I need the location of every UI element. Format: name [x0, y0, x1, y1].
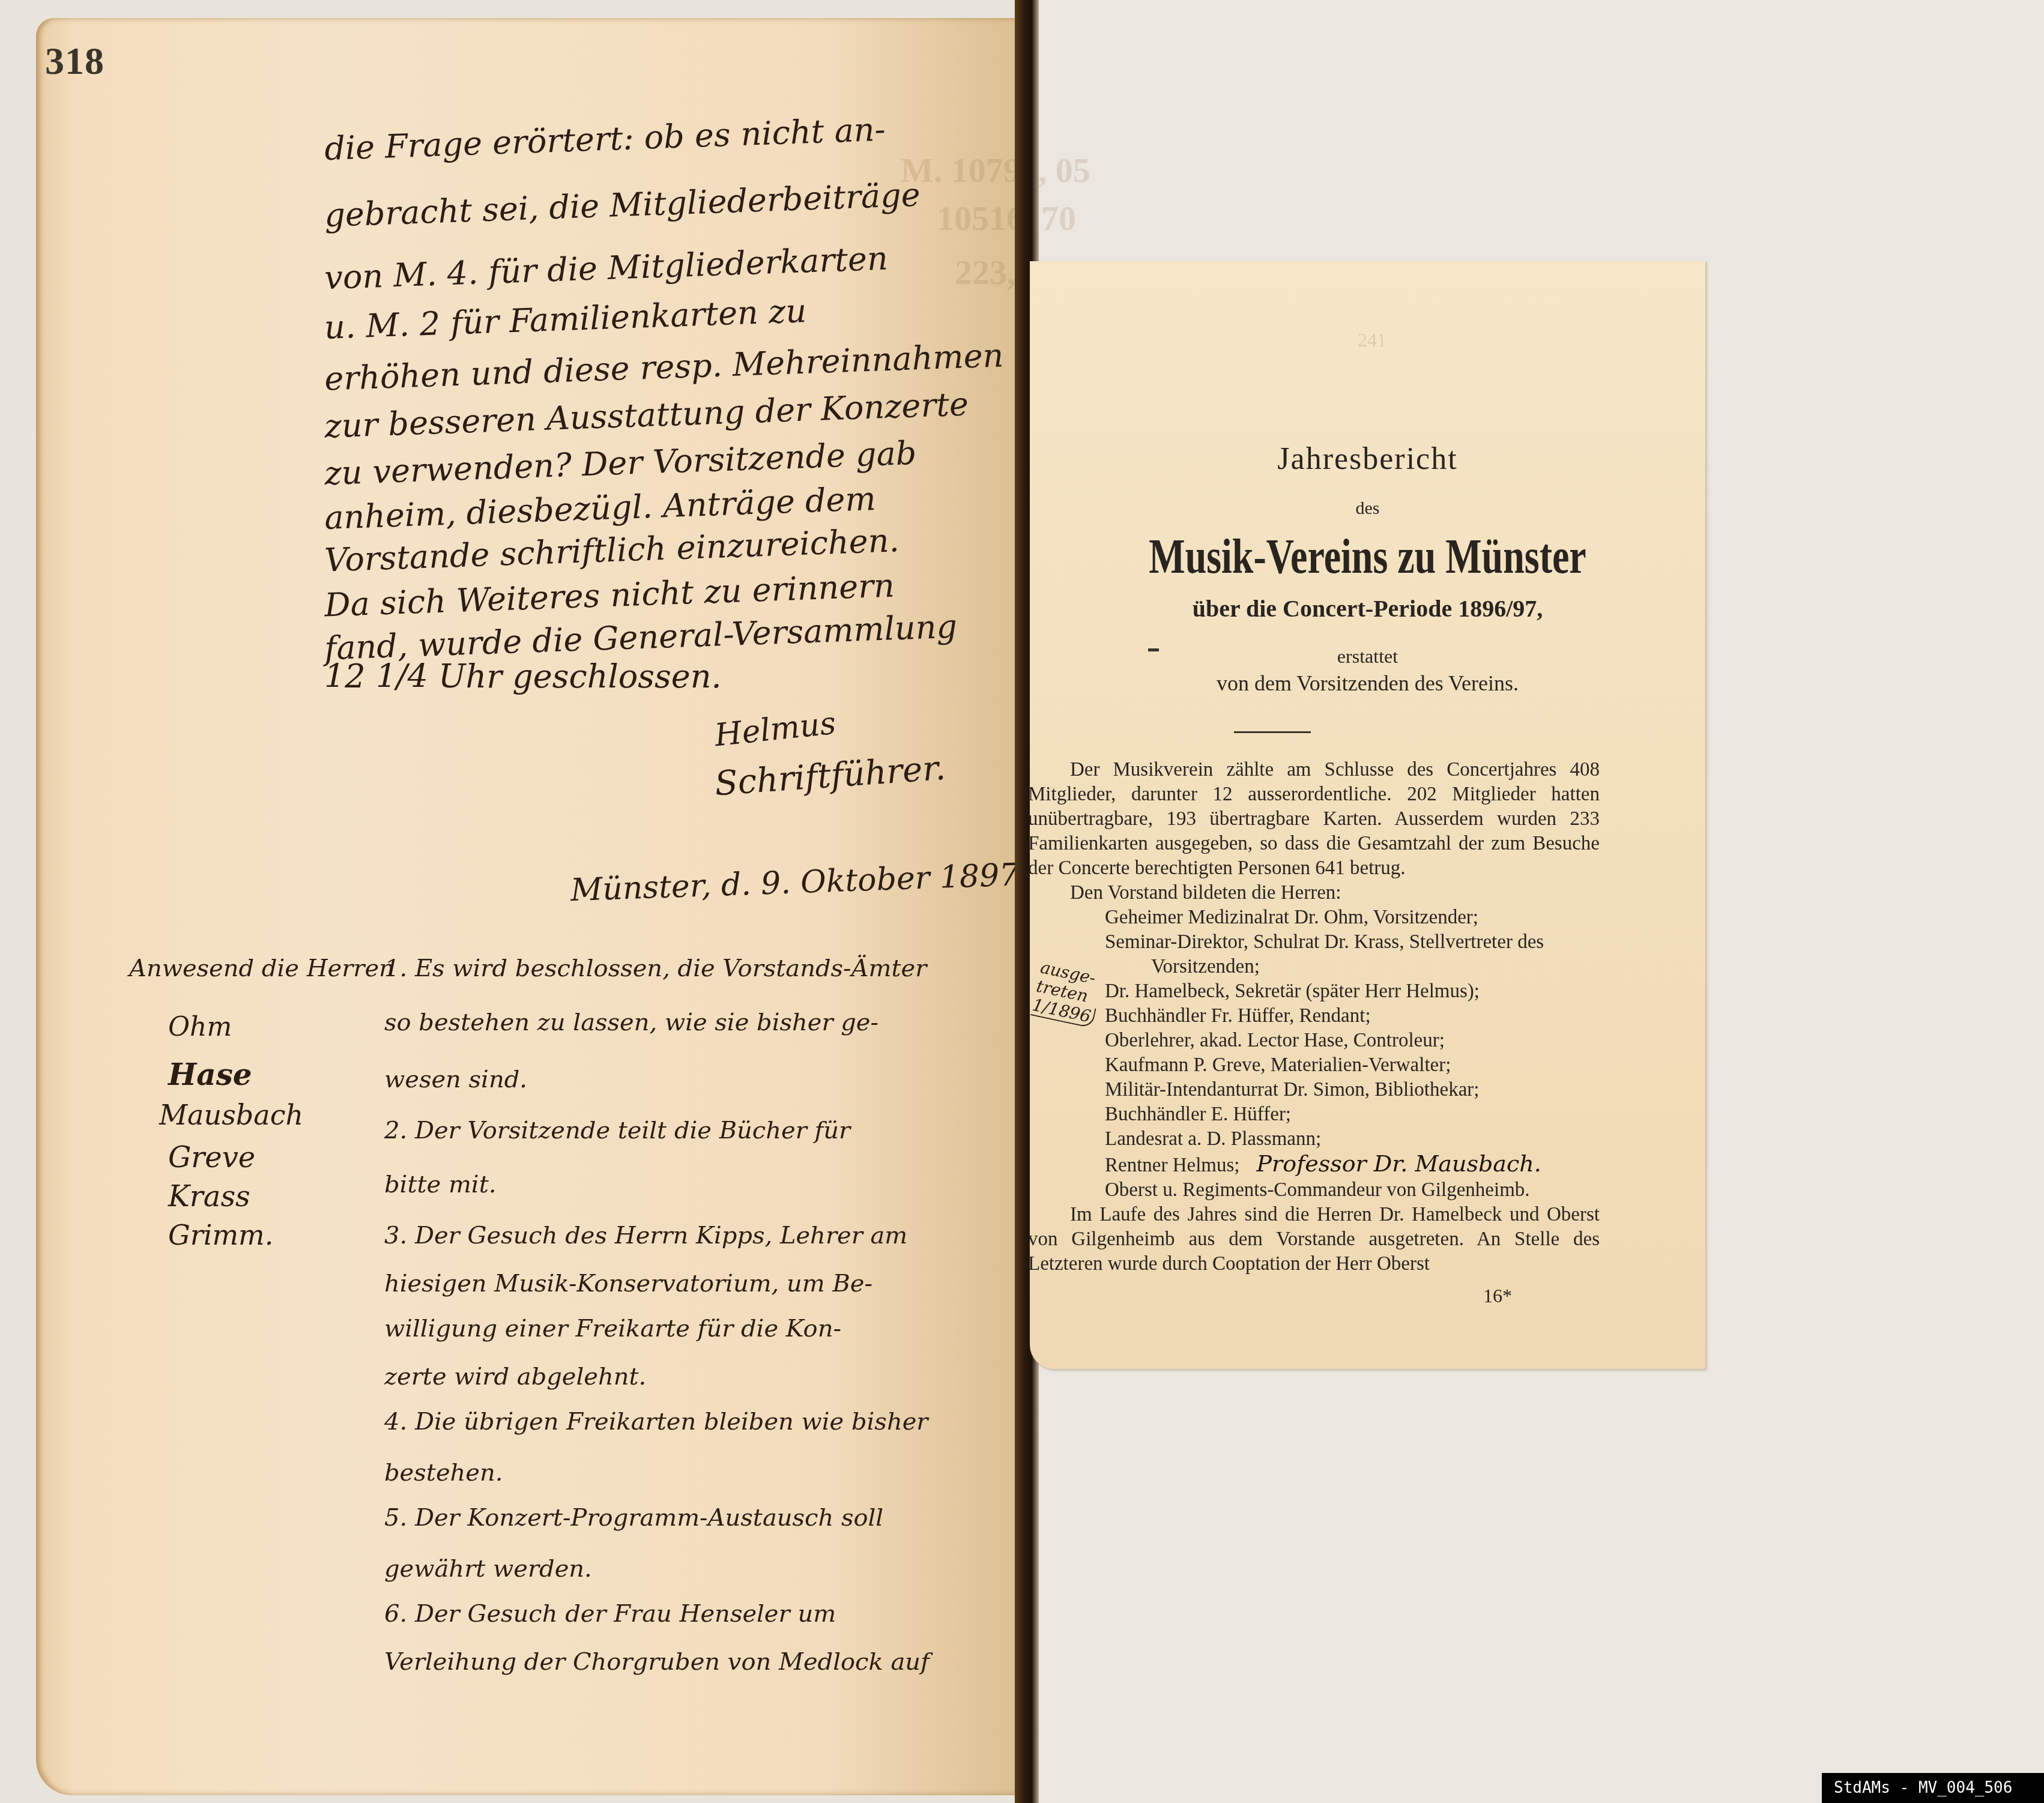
resolution-line: 4. Die übrigen Freikarten bleiben wie bi… [384, 1408, 928, 1436]
bleed-through-text: M. 10795, 05 [901, 150, 1090, 190]
resolution-line: 2. Der Vorsitzende teilt die Bücher für [384, 1117, 850, 1144]
board-member: Buchhändler Fr. Hüffer, Rendant; [1028, 1004, 1600, 1028]
resolution-line: 1. Es wird beschlossen, die Vorstands-Äm… [384, 955, 927, 982]
attendee-name: Grimm. [168, 1219, 273, 1251]
report-main-title: Musik-Vereins zu Münster [1104, 528, 1631, 585]
resolution-line: bestehen. [384, 1459, 503, 1487]
handwritten-inline-note: Professor Dr. Mausbach. [1257, 1150, 1541, 1177]
show-through-page-number: 241 [1069, 324, 1675, 355]
handwritten-margin-note: ausge- treten 1/1896 [1030, 958, 1104, 1028]
resolution-line: 5. Der Konzert-Programm-Austausch soll [384, 1504, 883, 1532]
resolution-line: so bestehen zu lassen, wie sie bisher ge… [384, 1009, 878, 1036]
resolution-line: bitte mit. [384, 1171, 496, 1198]
report-byline: erstattet [1030, 645, 1705, 668]
closing-paragraph: Im Laufe des Jahres sind die Herren Dr. … [1028, 1203, 1600, 1276]
resolution-line: zerte wird abgelehnt. [384, 1363, 646, 1391]
board-member: Oberlehrer, akad. Lector Hase, Controleu… [1028, 1028, 1600, 1053]
board-member: Vorsitzenden; [1028, 955, 1600, 979]
attendee-name: Hase [168, 1057, 252, 1092]
report-subtitle: über die Concert-Periode 1896/97, [1030, 594, 1705, 623]
board-member: Geheimer Medizinalrat Dr. Ohm, Vorsitzen… [1028, 905, 1600, 930]
board-member-with-note: Rentner Helmus;Professor Dr. Mausbach. [1028, 1152, 1600, 1178]
report-title-connector: des [1030, 498, 1705, 519]
handwritten-line: 12 1/4 Uhr geschlossen. [324, 660, 722, 693]
attendance-label: Anwesend die Herren [129, 955, 395, 982]
board-member: Seminar-Direktor, Schulrat Dr. Krass, St… [1028, 930, 1600, 955]
show-through-text: 241 [1069, 324, 1675, 355]
report-title: Jahresbericht [1030, 441, 1705, 477]
report-body: Der Musikverein zählte am Schlusse des C… [1028, 758, 1600, 1276]
attendee-name: Mausbach [159, 1099, 303, 1131]
divider-rule [1234, 731, 1311, 733]
bleed-through-text: 10516, 70 [937, 198, 1076, 238]
board-member: Militär-Intendanturrat Dr. Simon, Biblio… [1028, 1078, 1600, 1102]
intro-paragraph: Der Musikverein zählte am Schlusse des C… [1028, 758, 1600, 881]
resolution-line: 6. Der Gesuch der Frau Henseler um [384, 1600, 836, 1628]
archive-stamp: StdAMs - MV_004_506 [1822, 1773, 2044, 1803]
resolution-line: gewährt werden. [384, 1555, 592, 1583]
attendee-name: Ohm [168, 1012, 232, 1042]
resolution-line: wesen sind. [384, 1066, 527, 1093]
resolution-line: willigung einer Freikarte für die Kon- [384, 1315, 841, 1342]
board-member: Oberst u. Regiments-Commandeur von Gilge… [1028, 1178, 1600, 1203]
board-member: Dr. Hamelbeck, Sekretär (später Herr Hel… [1028, 979, 1600, 1004]
page-number: 318 [45, 39, 104, 83]
resolution-line: 3. Der Gesuch des Herrn Kipps, Lehrer am [384, 1222, 907, 1249]
board-member: Rentner Helmus; [1105, 1155, 1240, 1176]
board-member: Kaufmann P. Greve, Materialien-Verwalter… [1028, 1053, 1600, 1078]
report-byline-author: von dem Vorsitzenden des Vereins. [1030, 671, 1705, 696]
board-member: Landesrat a. D. Plassmann; [1028, 1127, 1600, 1152]
board-member: Buchhändler E. Hüffer; [1028, 1102, 1600, 1127]
board-member-list: Geheimer Medizinalrat Dr. Ohm, Vorsitzen… [1028, 905, 1600, 1203]
signature-mark: 16* [1483, 1285, 1512, 1307]
board-intro: Den Vorstand bildeten die Herren: [1028, 881, 1600, 905]
resolution-line: Verleihung der Chorgruben von Medlock au… [384, 1648, 930, 1676]
attendee-name: Greve [168, 1141, 255, 1174]
resolution-line: hiesigen Musik-Konservatorium, um Be- [384, 1270, 872, 1297]
attendee-name: Krass [168, 1180, 250, 1213]
